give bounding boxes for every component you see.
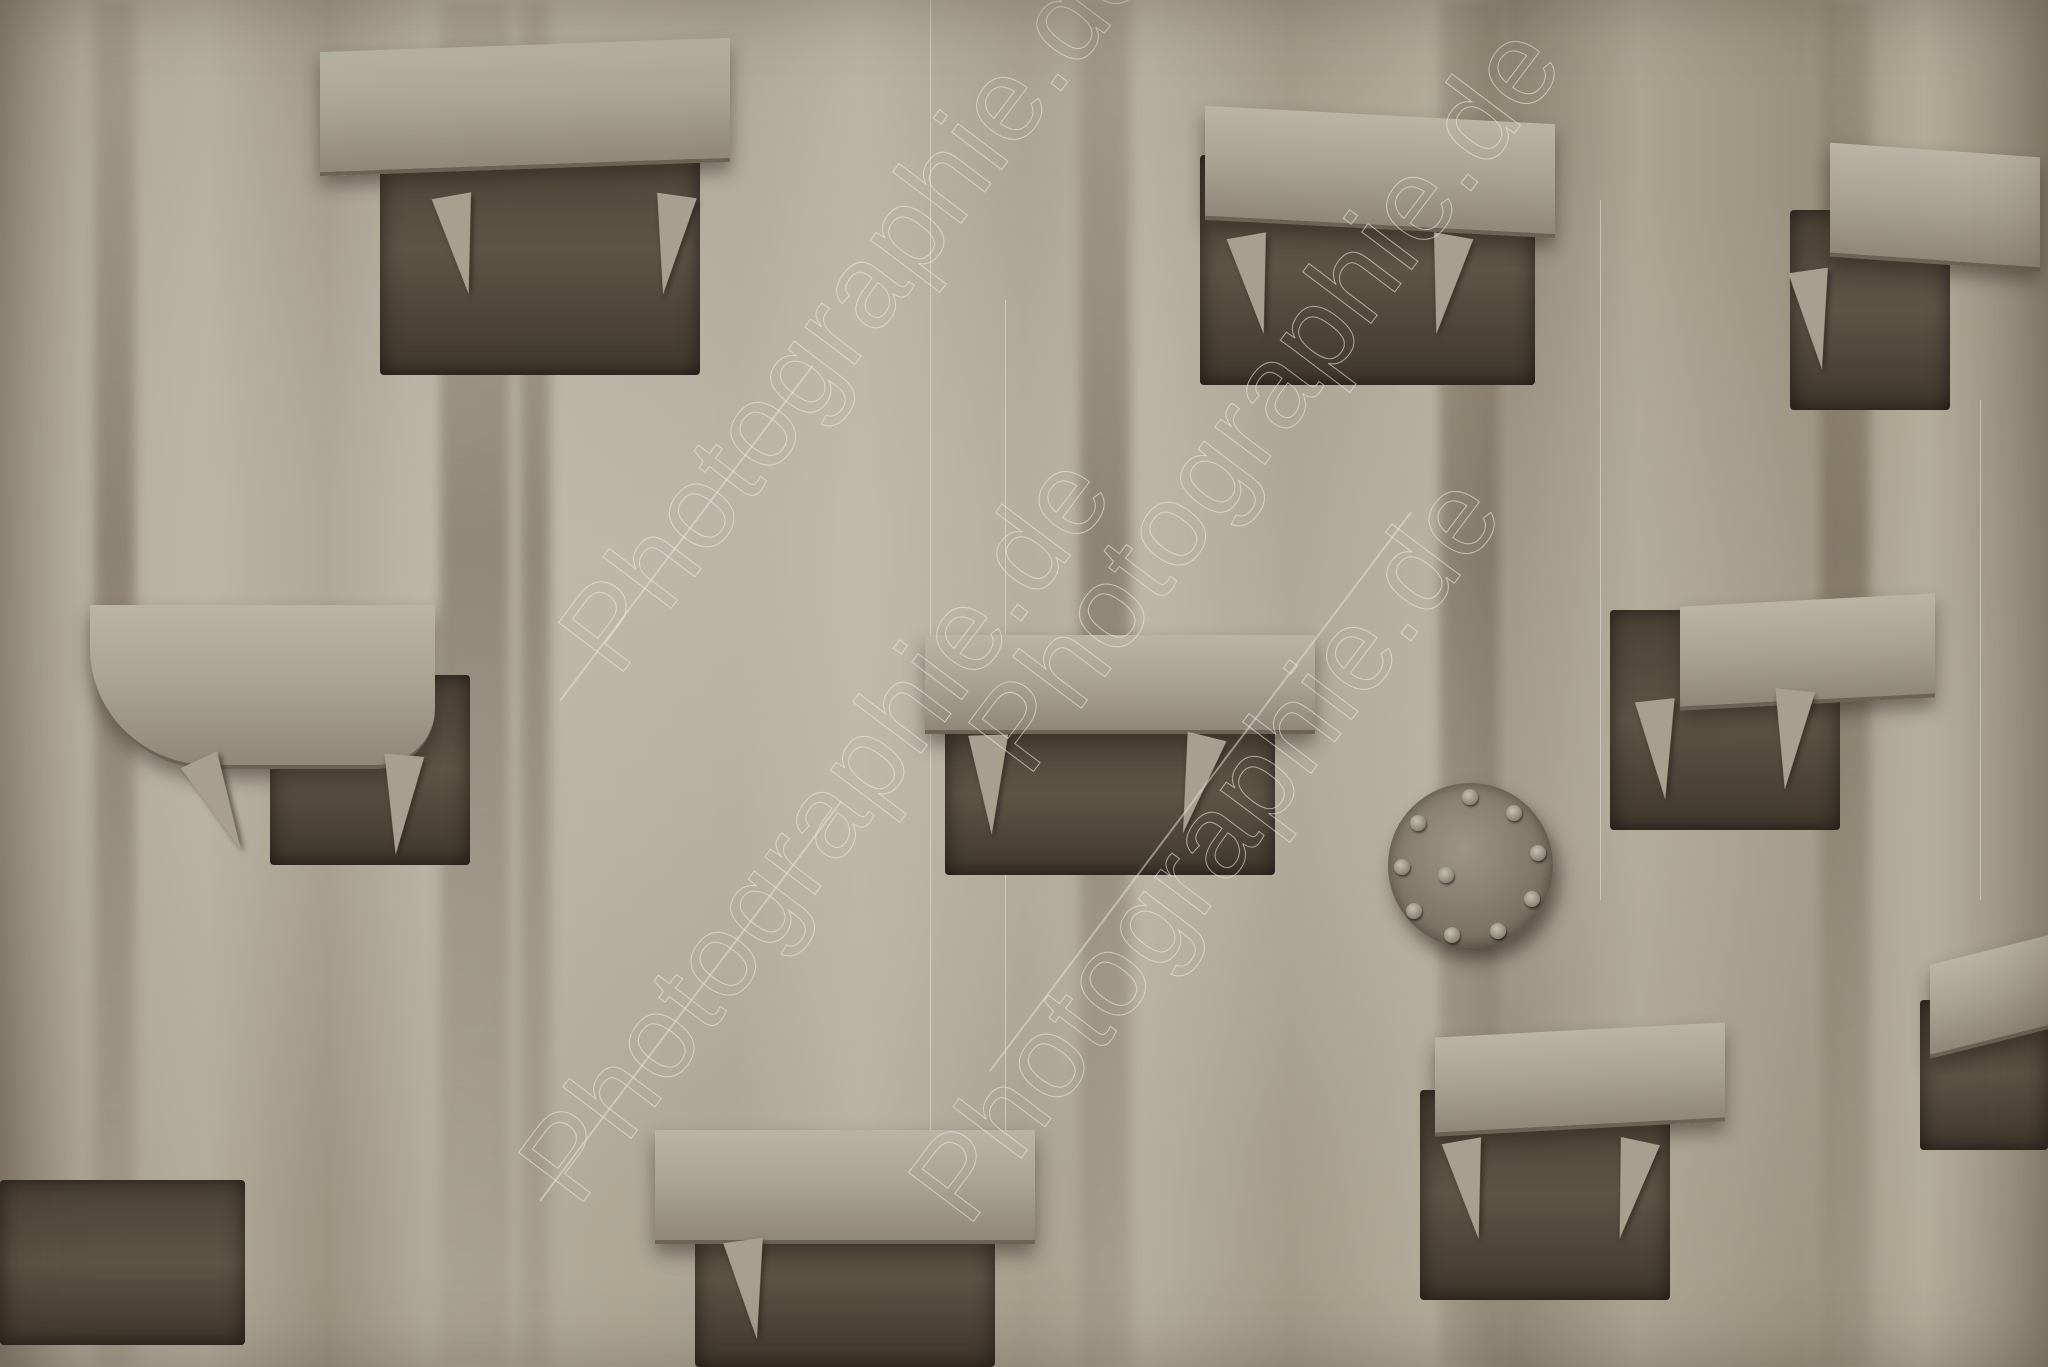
- scratch: [1980, 400, 1981, 900]
- scoop-far-right: [1920, 950, 2048, 1150]
- scoop-bottom-left: [0, 1175, 250, 1365]
- photograph: Photographie.de Photographie.de Photogra…: [0, 0, 2048, 1367]
- scoop-top-right: [1780, 150, 2048, 410]
- bolted-flange: [1388, 783, 1553, 948]
- scoop-mid-right: [1610, 570, 1940, 830]
- scratch: [1600, 200, 1601, 900]
- scoop-top-left: [320, 45, 740, 375]
- scoop-bottom-right: [1420, 1030, 1730, 1300]
- scoop-mid-left: [90, 605, 480, 875]
